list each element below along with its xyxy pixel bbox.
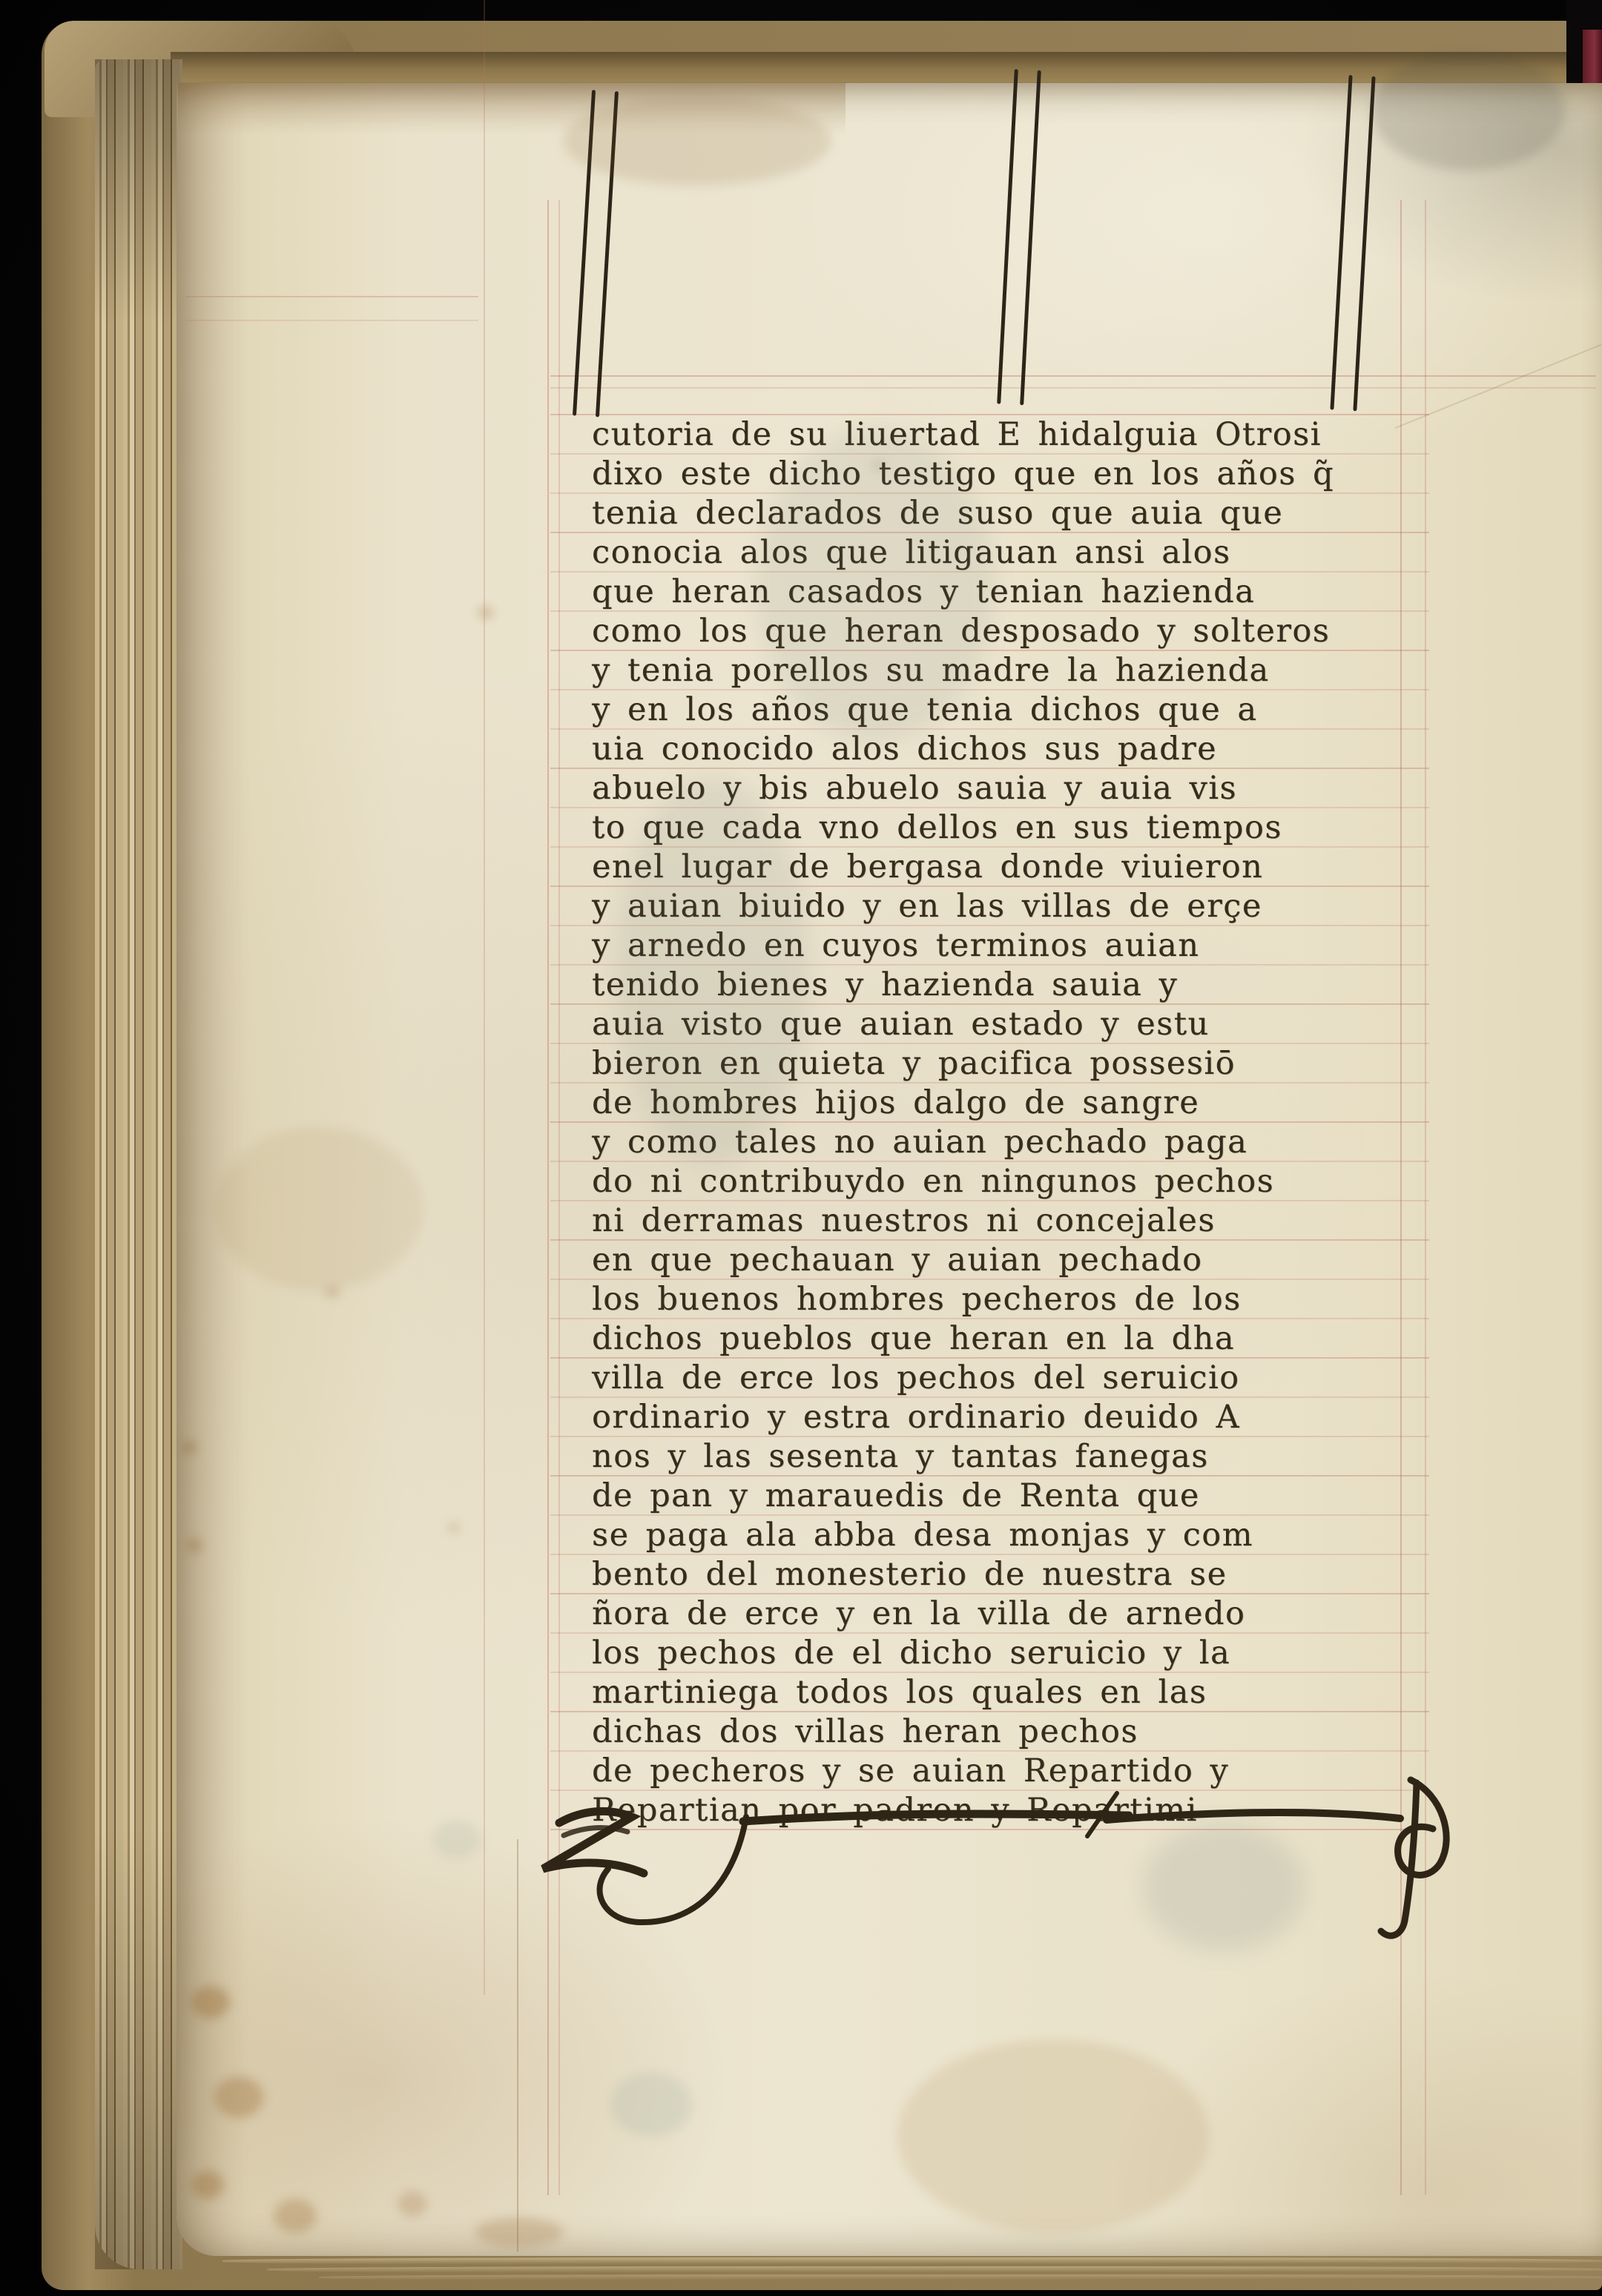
ruling-line-vertical	[484, 0, 485, 1995]
fold-crease	[517, 1839, 518, 2252]
manuscript-line: ni derramas nuestros ni concejales	[592, 1201, 1415, 1241]
manuscript-line: y en los años que tenia dichos que a	[592, 690, 1415, 730]
ink-showthrough	[756, 430, 994, 742]
stain-spot	[182, 1442, 196, 1454]
manuscript-line: bento del monesterio de nuestra se	[592, 1555, 1415, 1594]
stain-spot	[398, 2191, 427, 2217]
stain-spot	[564, 96, 831, 185]
manuscript-line: dixo este dicho testigo que en los años …	[592, 455, 1415, 494]
manuscript-line: los buenos hombres pecheros de los	[592, 1280, 1415, 1319]
ruling-line-horizontal	[185, 320, 478, 321]
manuscript-photograph: cutoria de su liuertad E hidalguia Otros…	[0, 0, 1602, 2296]
stain-spot	[215, 1127, 423, 1290]
manuscript-line: uia conocido alos dichos sus padre	[592, 730, 1415, 769]
stain-spot	[433, 1820, 481, 1858]
manuscript-line: cutoria de su liuertad E hidalguia Otros…	[592, 415, 1415, 455]
bottom-leaf-edge	[267, 2266, 1602, 2273]
stain-spot	[274, 2199, 317, 2233]
manuscript-line: se paga ala abba desa monjas y com	[592, 1516, 1415, 1555]
stain-spot	[191, 2171, 224, 2199]
stain-spot	[1372, 52, 1565, 171]
paraph-flourish	[482, 1765, 1461, 1965]
stain-spot	[191, 1986, 230, 2019]
ruling-line-horizontal	[550, 375, 1596, 377]
stain-spot	[475, 2217, 564, 2247]
ruling-line-horizontal	[550, 387, 1596, 389]
stain-spot	[478, 607, 493, 618]
ruling-line-horizontal	[185, 296, 478, 297]
manuscript-line: villa de erce los pechos del seruicio	[592, 1359, 1415, 1398]
manuscript-line: nos y las sesenta y tantas fanegas	[592, 1437, 1415, 1477]
manuscript-line: tenia declarados de suso que auia que	[592, 494, 1415, 533]
manuscript-line: dichas dos villas heran pechos	[592, 1712, 1415, 1752]
stain-spot	[610, 2073, 692, 2137]
stain-spot	[187, 1539, 202, 1552]
manuscript-line: como los que heran desposado y solteros	[592, 612, 1415, 651]
bookmark-ribbon	[1583, 30, 1602, 86]
manuscript-line: ordinario y estra ordinario deuido A	[592, 1398, 1415, 1437]
manuscript-line: y tenia porellos su madre la hazienda	[592, 651, 1415, 690]
ink-showthrough	[1142, 1824, 1305, 1950]
page-edge-shade	[95, 59, 182, 2269]
bottom-leaf-edge	[222, 2257, 1602, 2265]
manuscript-line: martiniega todos los quales en las	[592, 1673, 1415, 1712]
manuscript-line: los pechos de el dicho seruicio y la	[592, 1634, 1415, 1673]
manuscript-line: que heran casados y tenian hazienda	[592, 573, 1415, 612]
manuscript-line: do ni contribuydo en ningunos pechos	[592, 1162, 1415, 1201]
manuscript-line: conocia alos que litigauan ansi alos	[592, 533, 1415, 573]
stain-spot	[449, 1523, 459, 1532]
stain-spot	[897, 2039, 1209, 2232]
manuscript-line: dichos pueblos que heran en la dha	[592, 1319, 1415, 1359]
manuscript-line: ñora de erce y en la villa de arnedo	[592, 1594, 1415, 1634]
bottom-leaf-edge	[319, 2274, 1602, 2280]
ink-showthrough	[616, 779, 808, 1164]
stain-spot	[214, 2076, 263, 2118]
manuscript-line: de pan y marauedis de Renta que	[592, 1477, 1415, 1516]
manuscript-line: en que pechauan y auian pechado	[592, 1241, 1415, 1280]
